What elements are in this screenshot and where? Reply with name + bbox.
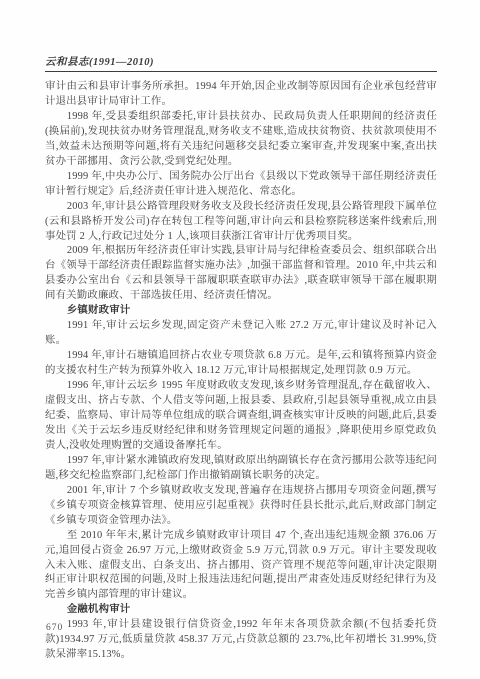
paragraph: 1996 年,审计云坛乡 1995 年度财政收支发现,该乡财务管理混乱,存在截留…	[45, 379, 437, 454]
paragraph: 2009 年,根据历年经济责任审计实践,县审计局与纪律检查委员会、组织部联合出台…	[45, 244, 437, 304]
header-divider	[45, 71, 437, 72]
paragraph: 1991 年,审计云坛乡发现,固定资产未登记入账 27.2 万元,审计建议及时补…	[45, 319, 437, 349]
paragraph: 1993 年,审计县建设银行信贷资金,1992 年年末各项贷款余额(不包括委托贷…	[45, 618, 437, 663]
page-body: 审计由云和县审计事务所承担。1994 年开始,因企业改制等原因国有企业承包经营审…	[45, 80, 437, 663]
book-page: 云和县志(1991—2010) 审计由云和县审计事务所承担。1994 年开始,因…	[0, 0, 480, 679]
paragraph: 2001 年,审计 7 个乡镇财政收支发现,普遍存在违规挤占挪用专项资金问题,撰…	[45, 484, 437, 529]
paragraph: 2003 年,审计县公路管理段财务收支及段长经济责任发现,县公路管理段下属单位(…	[45, 200, 437, 245]
section-heading: 金融机构审计	[45, 603, 437, 618]
paragraph: 审计由云和县审计事务所承担。1994 年开始,因企业改制等原因国有企业承包经营审…	[45, 80, 437, 110]
page-number: 670	[46, 623, 63, 633]
page-footer: 670	[46, 623, 63, 633]
paragraph: 1998 年,受县委组织部委托,审计县扶贫办、民政局负责人任职期间的经济责任(换…	[45, 110, 437, 170]
section-heading: 乡镇财政审计	[45, 304, 437, 319]
page-title: 云和县志(1991—2010)	[45, 54, 154, 69]
running-header: 云和县志(1991—2010)	[45, 52, 437, 70]
paragraph: 1999 年,中央办公厅、国务院办公厅出台《县级以下党政领导干部任期经济责任审计…	[45, 170, 437, 200]
paragraph: 1994 年,审计石塘镇追回挤占农业专项贷款 6.8 万元。是年,云和镇将预算内…	[45, 349, 437, 379]
paragraph: 1997 年,审计紧水滩镇政府发现,镇财政原出纳副镇长存在贪污挪用公款等违纪问题…	[45, 454, 437, 484]
paragraph: 至 2010 年年末,累计完成乡镇财政审计项目 47 个,查出违纪违规金额 37…	[45, 529, 437, 604]
